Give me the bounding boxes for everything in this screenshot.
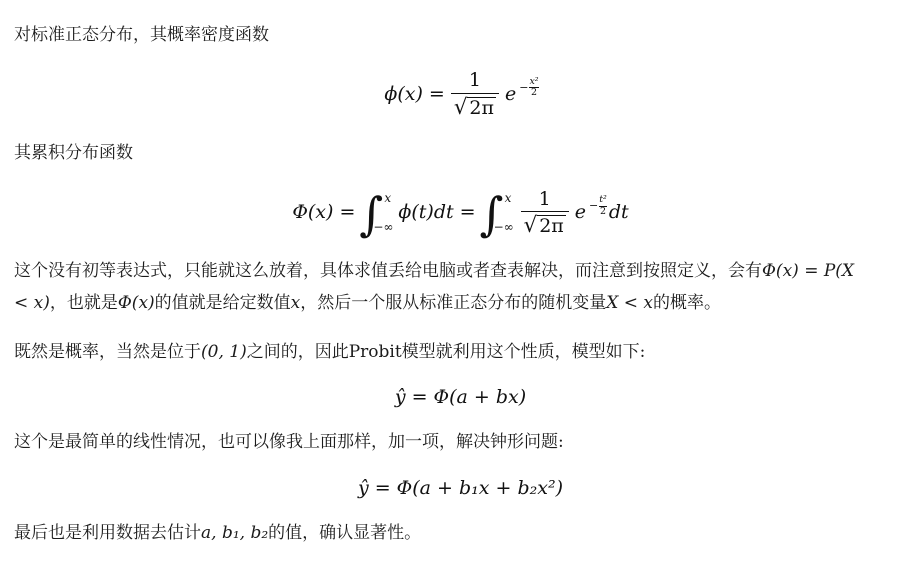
text-segment: 的值就是给定数值 — [155, 293, 291, 313]
explanation-paragraph: 这个没有初等表达式，只能就这么放着，具体求值丢给电脑或者查表解决，而注意到按照定… — [14, 256, 907, 319]
exponent: − t² 2 — [589, 195, 607, 218]
exponent: − x² 2 — [519, 77, 538, 100]
text-line: < x)，也就是Φ(x)的值就是给定数值x，然后一个服从标准正态分布的随机变量X… — [14, 288, 907, 319]
inline-math: X < x — [606, 293, 653, 313]
integral: ∫ x −∞ — [359, 190, 393, 236]
fraction: 1 √ 2π — [521, 188, 569, 239]
text-segment: 这个没有初等表达式，只能就这么放着，具体求值丢给电脑或者查表解决，而注意到按照定… — [14, 261, 762, 281]
text-segment: 之间的，因此Probit模型就利用这个性质，模型如下: — [247, 342, 646, 362]
inline-math: a, b₁, b₂ — [201, 523, 268, 543]
radicand: 2π — [467, 97, 496, 120]
pdf-formula: ϕ(x) = 1 √ 2π e − x² 2 — [14, 69, 907, 120]
integral-upper-limit: x — [505, 191, 514, 205]
fraction-denominator: √ 2π — [521, 211, 569, 238]
inline-math: (0, 1) — [201, 342, 247, 362]
cdf-formula: Φ(x) = ∫ x −∞ ϕ(t)dt = ∫ x −∞ 1 √ 2π e − — [14, 188, 907, 239]
formula-text: ŷ = Φ(a + b₁x + b₂x²) — [358, 477, 563, 500]
cdf-formula-lhs: Φ(x) = — [292, 201, 355, 224]
integral-upper-limit: x — [384, 191, 393, 205]
intro-text: 对标准正态分布，其概率密度函数 — [14, 20, 907, 51]
exponent-fraction: t² 2 — [599, 195, 607, 218]
text-segment: 的概率。 — [653, 293, 721, 313]
document-body: 对标准正态分布，其概率密度函数 ϕ(x) = 1 √ 2π e − x² 2 其… — [0, 0, 921, 569]
fraction-numerator: 1 — [451, 69, 499, 93]
integral-sign: ∫ — [480, 191, 504, 237]
exponent-denominator: 2 — [599, 206, 607, 218]
euler-e: e — [575, 201, 586, 224]
inline-math: x — [291, 293, 301, 313]
radicand: 2π — [537, 215, 566, 238]
text-segment: ，也就是 — [50, 293, 118, 313]
quadratic-probit-formula: ŷ = Φ(a + b₁x + b₂x²) — [14, 477, 907, 500]
exponent-numerator: t² — [599, 195, 607, 206]
fraction: 1 √ 2π — [451, 69, 499, 120]
extension-paragraph: 这个是最简单的线性情况，也可以像我上面那样，加一项，解决钟形问题: — [14, 427, 907, 458]
fraction-denominator: √ 2π — [451, 93, 499, 120]
exponent-denominator: 2 — [529, 87, 538, 99]
exponent-numerator: x² — [529, 77, 538, 88]
exponent-fraction: x² 2 — [529, 77, 538, 100]
inline-math: Φ(x) — [118, 293, 155, 313]
cdf-label: 其累积分布函数 — [14, 138, 907, 169]
text-segment: 既然是概率，当然是位于 — [14, 342, 201, 362]
page: { "page": { "background": "#ffffff", "te… — [0, 0, 921, 583]
probit-intro: 既然是概率，当然是位于(0, 1)之间的，因此Probit模型就利用这个性质，模… — [14, 337, 907, 368]
integral: ∫ x −∞ — [480, 190, 514, 236]
integral-sign: ∫ — [359, 191, 383, 237]
fraction-numerator: 1 — [521, 188, 569, 212]
sqrt-symbol: √ — [454, 97, 468, 118]
text-segment: 的值，确认显著性。 — [268, 523, 421, 543]
text-segment: ，然后一个服从标准正态分布的随机变量 — [300, 293, 606, 313]
integral-limits: x −∞ — [504, 190, 514, 236]
text-line: 这个没有初等表达式，只能就这么放着，具体求值丢给电脑或者查表解决，而注意到按照定… — [14, 256, 907, 287]
inline-math: < x) — [14, 293, 50, 313]
euler-e: e — [505, 83, 516, 106]
cdf-formula-mid: ϕ(t)dt = — [398, 201, 475, 224]
probit-model-formula: ŷ = Φ(a + bx) — [14, 386, 907, 409]
text-segment: 最后也是利用数据去估计 — [14, 523, 201, 543]
differential-dt: dt — [609, 201, 629, 224]
formula-text: ŷ = Φ(a + bx) — [395, 386, 526, 409]
conclusion-text: 最后也是利用数据去估计a, b₁, b₂的值，确认显著性。 — [14, 518, 907, 549]
inline-math: Φ(x) = P(X — [762, 261, 854, 281]
sqrt-symbol: √ — [524, 215, 538, 236]
exponent-sign: − — [519, 81, 528, 94]
pdf-formula-lhs: ϕ(x) = — [384, 83, 444, 106]
integral-limits: x −∞ — [383, 190, 393, 236]
exponent-sign: − — [589, 199, 598, 212]
